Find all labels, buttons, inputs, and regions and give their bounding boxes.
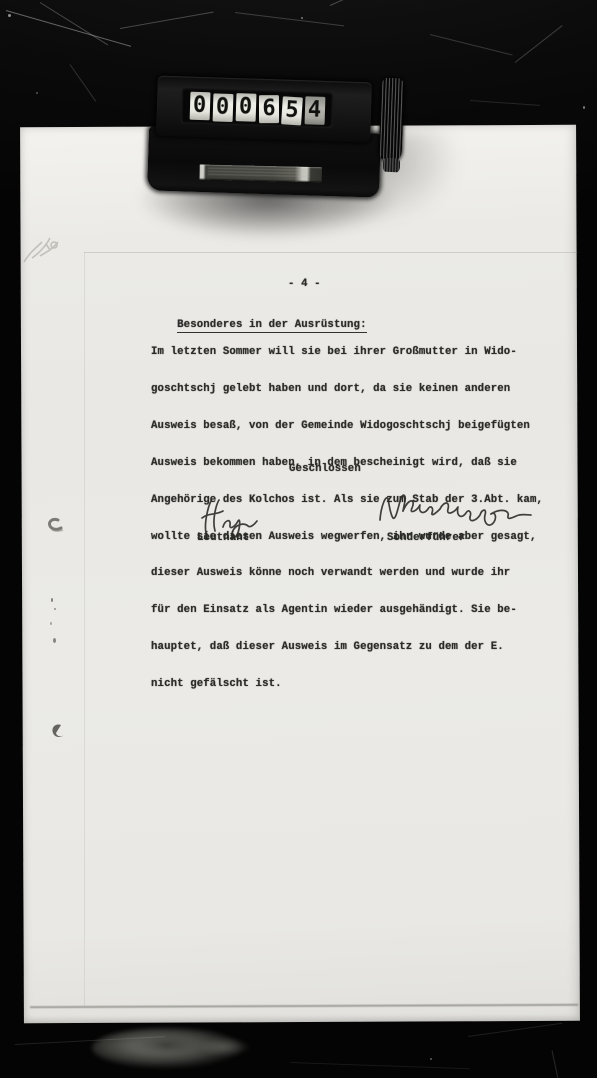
film-scratch [430, 34, 513, 56]
film-scratch [470, 100, 540, 106]
body-line: goschtschj gelebt haben und dort, da sie… [151, 383, 543, 395]
film-scratch [290, 1062, 470, 1069]
body-line: dieser Ausweis könne noch verwandt werde… [151, 567, 543, 579]
film-scratch [552, 1050, 560, 1078]
counter-digit: 0 [189, 92, 210, 121]
counter-digits: 0 0 0 6 5 4 [189, 92, 325, 124]
counter-window: 0 0 0 6 5 4 [181, 87, 334, 128]
counter-digit: 6 [258, 95, 278, 123]
body-line: hauptet, daß dieser Ausweis im Gegensatz… [151, 641, 543, 653]
body-line: für den Einsatz als Agentin wieder ausge… [151, 604, 543, 616]
film-speck [430, 1058, 432, 1060]
film-scratch [468, 1023, 562, 1037]
body-line: nicht gefälscht ist. [151, 678, 543, 690]
film-scratch [120, 12, 214, 29]
body-line: Ausweis besaß, von der Gemeinde Widogosc… [151, 420, 543, 432]
counter-digit: 0 [212, 93, 233, 122]
page-left-edge [84, 252, 85, 1006]
film-speck [36, 92, 38, 94]
closing-word: Geschlossen [289, 463, 361, 475]
signature-right-title: Sonderführer [387, 532, 465, 544]
microfilm-scan: 0 0 0 6 5 4 - 4 - Besonderes in der Ausr… [0, 0, 597, 1078]
film-scratch [330, 0, 394, 6]
counter-knob [379, 78, 405, 161]
film-speck [301, 17, 303, 19]
page-number: - 4 - [288, 278, 321, 290]
film-scratch [515, 25, 563, 63]
counter-digit: 0 [235, 93, 256, 122]
film-scratch [6, 10, 131, 47]
film-scratch [40, 2, 108, 45]
film-scratch [70, 64, 97, 101]
film-smudge [92, 1028, 242, 1068]
film-smudge [130, 1034, 202, 1056]
body-line: Im letzten Sommer will sie bei ihrer Gro… [151, 346, 543, 358]
film-scratch [15, 1036, 165, 1045]
counter-knob-stub [383, 158, 400, 173]
signature-left-title: Leutnant [197, 532, 249, 544]
counter-digit: 5 [281, 96, 303, 125]
page-top-edge [84, 252, 578, 253]
signature-right-handwriting [372, 488, 534, 536]
counter-label-plate [199, 165, 321, 183]
film-speck [583, 106, 585, 109]
counter-device-head: 0 0 0 6 5 4 [156, 76, 372, 143]
counter-digit: 4 [304, 96, 325, 125]
film-smudge [200, 1038, 250, 1056]
film-scratch [235, 12, 344, 26]
film-speck [8, 14, 11, 17]
